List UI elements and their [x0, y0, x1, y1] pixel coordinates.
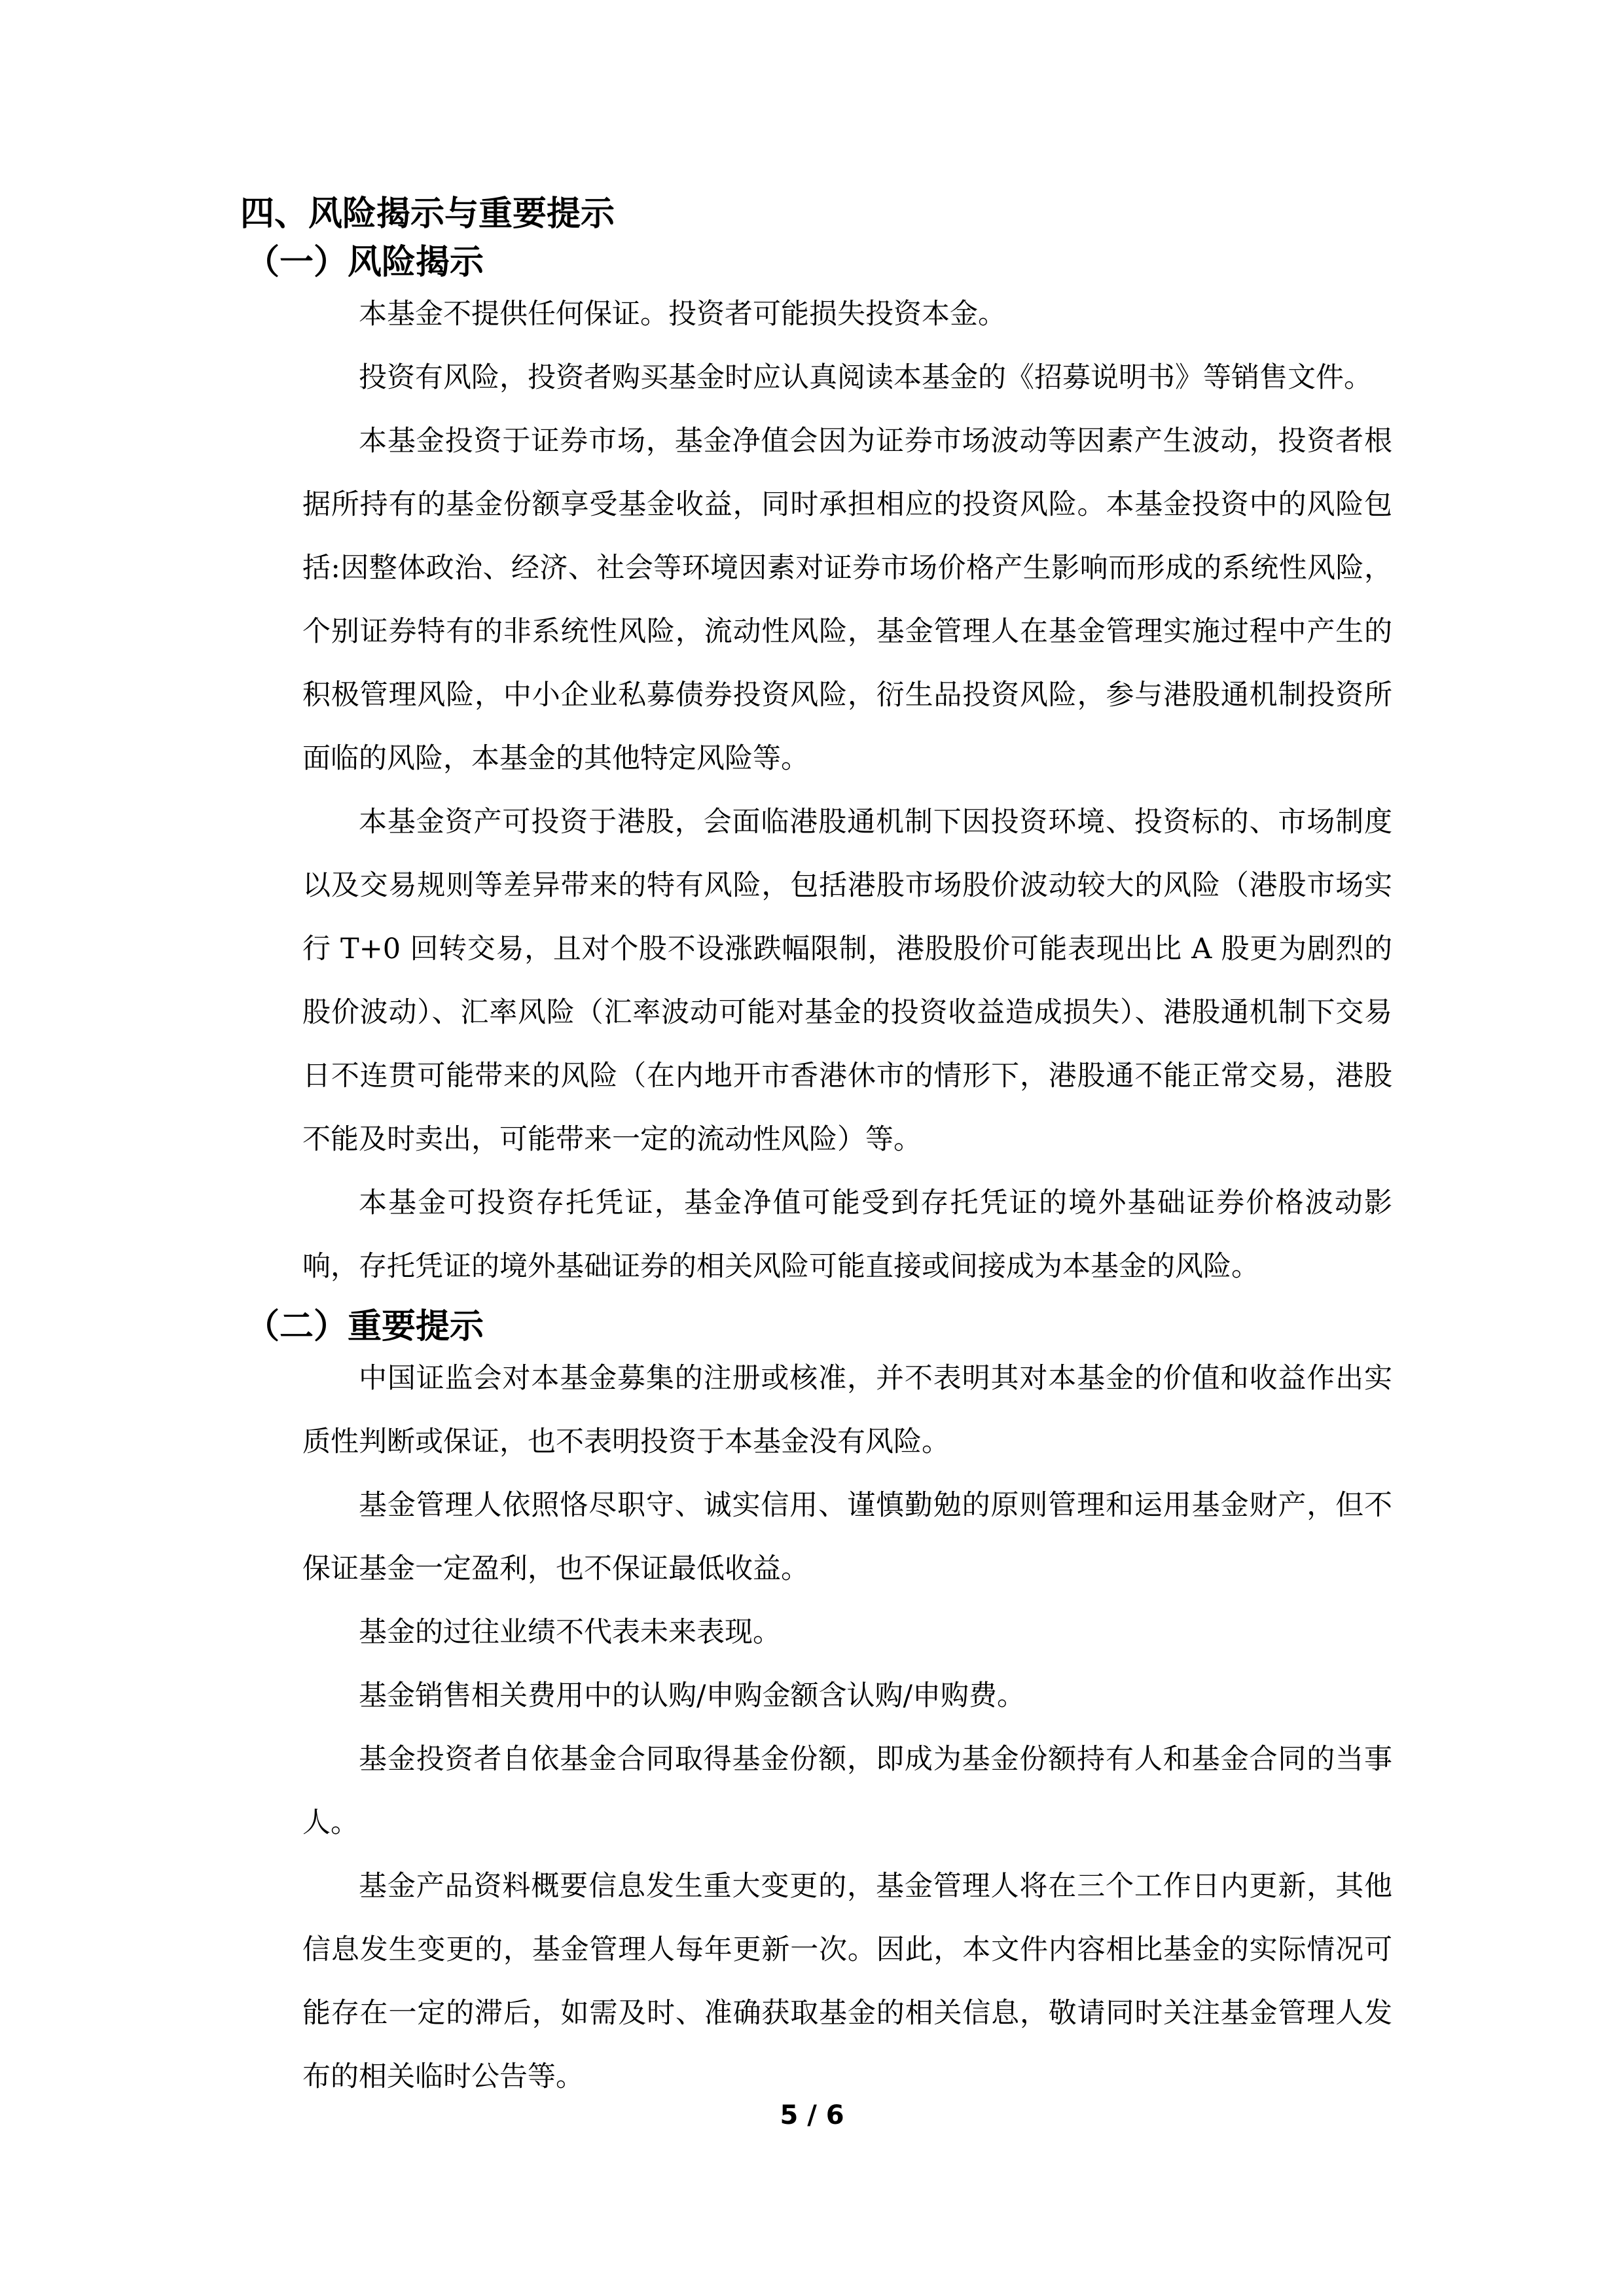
document-viewport: { "page": { "background_color": "#ffffff… — [0, 0, 1624, 2296]
section-2-paragraph: 基金投资者自依基金合同取得基金份额，即成为基金份额持有人和基金合同的当事人。 — [302, 1728, 1392, 1855]
section-2-paragraph: 基金销售相关费用中的认购/申购金额含认购/申购费。 — [302, 1664, 1392, 1728]
document-page: 四、风险揭示与重要提示 （一）风险揭示 本基金不提供任何保证。投资者可能损失投资… — [0, 0, 1624, 2296]
section-1-paragraph: 本基金不提供任何保证。投资者可能损失投资本金。 — [302, 283, 1392, 346]
section-2-paragraph: 基金的过往业绩不代表未来表现。 — [302, 1601, 1392, 1664]
document-content: 四、风险揭示与重要提示 （一）风险揭示 本基金不提供任何保证。投资者可能损失投资… — [302, 194, 1392, 2109]
section-1-paragraph: 投资有风险，投资者购买基金时应认真阅读本基金的《招募说明书》等销售文件。 — [302, 346, 1392, 410]
section-1-title: （一）风险揭示 — [245, 242, 1392, 283]
section-2-paragraph: 基金产品资料概要信息发生重大变更的，基金管理人将在三个工作日内更新，其他信息发生… — [302, 1855, 1392, 2109]
chapter-heading: 四、风险揭示与重要提示 — [240, 194, 1392, 234]
section-2-title: （二）重要提示 — [245, 1306, 1392, 1347]
section-2-paragraph: 基金管理人依照恪尽职守、诚实信用、谨慎勤勉的原则管理和运用基金财产，但不保证基金… — [302, 1474, 1392, 1601]
page-number: 5 / 6 — [0, 2100, 1624, 2131]
section-1-paragraph: 本基金投资于证券市场，基金净值会因为证券市场波动等因素产生波动，投资者根据所持有… — [302, 410, 1392, 791]
section-1-paragraph: 本基金资产可投资于港股，会面临港股通机制下因投资环境、投资标的、市场制度以及交易… — [302, 791, 1392, 1172]
section-1-paragraph: 本基金可投资存托凭证，基金净值可能受到存托凭证的境外基础证券价格波动影响，存托凭… — [302, 1172, 1392, 1299]
section-2-paragraph: 中国证监会对本基金募集的注册或核准，并不表明其对本基金的价值和收益作出实质性判断… — [302, 1347, 1392, 1474]
